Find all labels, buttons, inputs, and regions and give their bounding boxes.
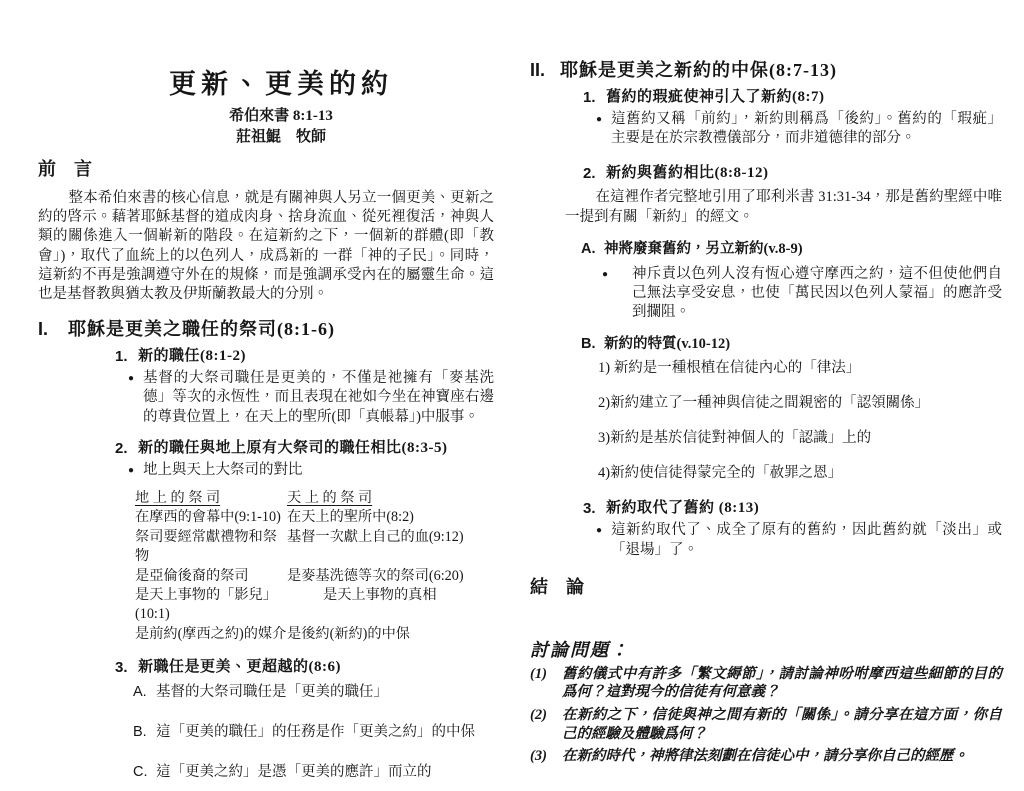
sub-heading: 1. 新的職任(8:1-2) xyxy=(115,347,494,366)
table-body: 在摩西的會幕中(9:1-10) 在天上的聖所中(8:2) 祭司要經常獻禮物和祭物… xyxy=(135,508,494,644)
table-cell: 是亞倫後裔的祭司 xyxy=(135,567,287,586)
bullet-icon: ● xyxy=(602,265,632,323)
item-label: A. xyxy=(133,683,156,702)
table-row: 祭司要經常獻禮物和祭物 基督一次獻上自己的血(9:12) xyxy=(135,528,494,567)
priest-comparison-table: 地 上 的 祭 司 天 上 的 祭 司 在摩西的會幕中(9:1-10) 在天上的… xyxy=(135,489,494,644)
sub-title: 舊約的瑕疵使神引入了新約(8:7) xyxy=(606,88,1002,107)
question-text: 在新約時代，神將律法刻劃在信徒心中，請分享你自己的經歷。 xyxy=(562,747,1002,766)
title-block: 更新、更美的約 希伯來書 8:1-13 莊祖鯤 牧師 xyxy=(38,68,494,146)
table-header-row: 地 上 的 祭 司 天 上 的 祭 司 xyxy=(135,489,494,508)
question-number: (3) xyxy=(530,747,562,766)
section-2-title: 耶穌是更美之新約的中保(8:7-13) xyxy=(560,60,1002,81)
table-header-heavenly: 天 上 的 祭 司 xyxy=(287,489,494,508)
section-2-heading: II. 耶穌是更美之新約的中保(8:7-13) xyxy=(530,60,1002,81)
section-2-sub-2-a: A. 神將廢棄舊約，另立新約(v.8-9) ● 神斥責以色列人沒有恆心遵守摩西之… xyxy=(581,240,1002,323)
table-cell: 在天上的聖所中(8:2) xyxy=(287,508,494,527)
bullet-item: ● 這新約取代了、成全了原有的舊約，因此舊約就「淡出」或「退場」了。 xyxy=(596,521,1002,559)
list-item: 1) 新約是一種根植在信徒內心的「律法」 xyxy=(598,359,1002,378)
bullet-item: ● 基督的大祭司職任是更美的，不僅是祂擁有「麥基洗德」等次的永恆性，而且表現在祂… xyxy=(128,369,494,427)
sub-heading: 2. 新約與舊約相比(8:8-12) xyxy=(583,164,1002,183)
item-label: B. xyxy=(581,335,604,354)
item-text: 基督的大祭司職任是「更美的職任」 xyxy=(156,683,494,702)
section-1-sub-3: 3. 新職任是更美、更超越的(8:6) xyxy=(115,658,494,677)
lettered-item-b: B. 這「更美的職任」的任務是作「更美之約」的中保 xyxy=(133,723,494,742)
page-title: 更新、更美的約 xyxy=(68,68,494,100)
discussion-question: (1) 舊約儀式中有許多「繁文縟節」，請討論神吩咐摩西這些細節的目的爲何？這對現… xyxy=(530,665,1002,702)
list-item: 3)新約是基於信徒對神個人的「認識」上的 xyxy=(598,429,1002,448)
lettered-item-a: A. 基督的大祭司職任是「更美的職任」 xyxy=(133,683,494,702)
bullet-icon: ● xyxy=(596,110,611,148)
lettered-item-c: C. 這「更美之約」是憑「更美的應許」而立的 xyxy=(133,763,494,782)
discussion-question: (3) 在新約時代，神將律法刻劃在信徒心中，請分享你自己的經歷。 xyxy=(530,747,1002,766)
sub-title: 新約取代了舊約 (8:13) xyxy=(606,499,1002,518)
discussion-heading: 討論問題： xyxy=(530,640,1002,661)
item-label: C. xyxy=(133,763,156,782)
table-cell: 是後約(新約)的中保 xyxy=(287,625,494,644)
section-2-sub-3: 3. 新約取代了舊約 (8:13) ● 這新約取代了、成全了原有的舊約，因此舊約… xyxy=(583,499,1002,559)
sub-heading: 1. 舊約的瑕疵使神引入了新約(8:7) xyxy=(583,88,1002,107)
author-name: 莊祖鯤 牧師 xyxy=(68,128,494,146)
sub-heading: 2. 新的職任與地上原有大祭司的職任相比(8:3-5) xyxy=(115,439,494,458)
list-item: 4)新約使信徒得蒙完全的「赦罪之恩」 xyxy=(598,464,1002,483)
lettered-heading: B. 新約的特質(v.10-12) xyxy=(581,335,1002,354)
sub-heading: 3. 新職任是更美、更超越的(8:6) xyxy=(115,658,494,677)
section-2-sub-2: 2. 新約與舊約相比(8:8-12) xyxy=(583,164,1002,183)
table-cell: 在摩西的會幕中(9:1-10) xyxy=(135,508,287,527)
discussion-question: (2) 在新約之下，信徒與神之間有新的「關係」。請分享在這方面，你自己的經驗及體… xyxy=(530,706,1002,743)
table-cell: 是前約(摩西之約)的媒介 xyxy=(135,625,287,644)
sub-number: 2. xyxy=(115,439,138,458)
lettered-heading: A. 神將廢棄舊約，另立新約(v.8-9) xyxy=(581,240,1002,259)
section-1-number: I. xyxy=(38,319,68,340)
sub-number: 2. xyxy=(583,164,606,183)
section-1-sub-2: 2. 新的職任與地上原有大祭司的職任相比(8:3-5) ● 地上與天上大祭司的對… xyxy=(115,439,494,480)
table-header-earthly: 地 上 的 祭 司 xyxy=(135,489,287,508)
sub-title: 新約與舊約相比(8:8-12) xyxy=(606,164,1002,183)
item-label: B. xyxy=(133,723,156,742)
table-row: 是前約(摩西之約)的媒介 是後約(新約)的中保 xyxy=(135,625,494,644)
item-title: 新約的特質(v.10-12) xyxy=(604,335,1002,354)
section-1-sub-1: 1. 新的職任(8:1-2) ● 基督的大祭司職任是更美的，不僅是祂擁有「麥基洗… xyxy=(115,347,494,427)
section-1-title: 耶穌是更美之職任的祭司(8:1-6) xyxy=(68,319,494,340)
bullet-text: 這新約取代了、成全了原有的舊約，因此舊約就「淡出」或「退場」了。 xyxy=(611,521,1002,559)
table-row: 是天上事物的「影兒」(10:1) 是天上事物的真相 xyxy=(135,586,494,625)
bullet-text: 神斥責以色列人沒有恆心遵守摩西之約，這不但使他們自己無法享受安息，也使「萬民因以… xyxy=(632,265,1002,323)
sub-number: 1. xyxy=(583,88,606,107)
table-row: 在摩西的會幕中(9:1-10) 在天上的聖所中(8:2) xyxy=(135,508,494,527)
bullet-icon: ● xyxy=(596,521,611,559)
table-cell: 是天上事物的「影兒」(10:1) xyxy=(135,586,287,625)
scripture-reference: 希伯來書 8:1-13 xyxy=(68,107,494,125)
sub-number: 1. xyxy=(115,347,138,366)
bullet-text: 這舊約又稱「前約」，新約則稱爲「後約」。舊約的「瑕疵」主要是在於宗教禮儀部分，而… xyxy=(611,110,1002,148)
table-row: 是亞倫後裔的祭司 是麥基洗德等次的祭司(6:20) xyxy=(135,567,494,586)
question-text: 在新約之下，信徒與神之間有新的「關係」。請分享在這方面，你自己的經驗及體驗爲何？ xyxy=(562,706,1002,743)
question-number: (2) xyxy=(530,706,562,743)
bullet-icon: ● xyxy=(128,369,143,427)
bullet-item: ● 神斥責以色列人沒有恆心遵守摩西之約，這不但使他們自己無法享受安息，也使「萬民… xyxy=(602,265,1002,323)
sub-number: 3. xyxy=(115,658,138,677)
section-2-sub-2-intro: 在這裡作者完整地引用了耶利米書 31:31-34，那是舊約聖經中唯一提到有關「新… xyxy=(565,188,1002,226)
item-label: A. xyxy=(581,240,604,259)
bullet-item: ● 這舊約又稱「前約」，新約則稱爲「後約」。舊約的「瑕疵」主要是在於宗教禮儀部分… xyxy=(596,110,1002,148)
conclusion-heading: 結 論 xyxy=(530,577,1002,598)
sub-title: 新的職任(8:1-2) xyxy=(138,347,494,366)
item-text: 這「更美之約」是憑「更美的應許」而立的 xyxy=(156,763,494,782)
sub-number: 3. xyxy=(583,499,606,518)
list-item: 2)新約建立了一種神與信徒之間親密的「認領關係」 xyxy=(598,394,1002,413)
section-2-sub-1: 1. 舊約的瑕疵使神引入了新約(8:7) ● 這舊約又稱「前約」，新約則稱爲「後… xyxy=(583,88,1002,148)
discussion-section: 討論問題： (1) 舊約儀式中有許多「繁文縟節」，請討論神吩咐摩西這些細節的目的… xyxy=(530,640,1002,766)
question-text: 舊約儀式中有許多「繁文縟節」，請討論神吩咐摩西這些細節的目的爲何？這對現今的信徒… xyxy=(562,665,1002,702)
item-text: 這「更美的職任」的任務是作「更美之約」的中保 xyxy=(156,723,494,742)
left-column: 更新、更美的約 希伯來書 8:1-13 莊祖鯤 牧師 前 言 整本希伯來書的核心… xyxy=(38,68,494,782)
sub-title: 新職任是更美、更超越的(8:6) xyxy=(138,658,494,677)
preface-heading: 前 言 xyxy=(38,159,494,180)
bullet-text: 基督的大祭司職任是更美的，不僅是祂擁有「麥基洗德」等次的永恆性，而且表現在祂如今… xyxy=(143,369,494,427)
table-cell: 祭司要經常獻禮物和祭物 xyxy=(135,528,287,567)
section-2-number: II. xyxy=(530,60,560,81)
section-1-heading: I. 耶穌是更美之職任的祭司(8:1-6) xyxy=(38,319,494,340)
right-column: II. 耶穌是更美之新約的中保(8:7-13) 1. 舊約的瑕疵使神引入了新約(… xyxy=(530,60,1002,766)
table-cell: 是麥基洗德等次的祭司(6:20) xyxy=(287,567,494,586)
preface-body: 整本希伯來書的核心信息，就是有關神與人另立一個更美、更新之約的啓示。藉著耶穌基督… xyxy=(38,189,494,304)
sub-title: 新的職任與地上原有大祭司的職任相比(8:3-5) xyxy=(138,439,494,458)
question-number: (1) xyxy=(530,665,562,702)
sub-heading: 3. 新約取代了舊約 (8:13) xyxy=(583,499,1002,518)
bullet-item: ● 地上與天上大祭司的對比 xyxy=(128,461,494,480)
item-title: 神將廢棄舊約，另立新約(v.8-9) xyxy=(604,240,1002,259)
document-page: 更新、更美的約 希伯來書 8:1-13 莊祖鯤 牧師 前 言 整本希伯來書的核心… xyxy=(0,0,1024,791)
bullet-text: 地上與天上大祭司的對比 xyxy=(143,461,494,480)
section-2-sub-2-b: B. 新約的特質(v.10-12) xyxy=(581,335,1002,354)
table-cell: 基督一次獻上自己的血(9:12) xyxy=(287,528,494,567)
bullet-icon: ● xyxy=(128,461,143,480)
covenant-quality-list: 1) 新約是一種根植在信徒內心的「律法」 2)新約建立了一種神與信徒之間親密的「… xyxy=(598,359,1002,483)
table-cell: 是天上事物的真相 xyxy=(287,586,494,625)
